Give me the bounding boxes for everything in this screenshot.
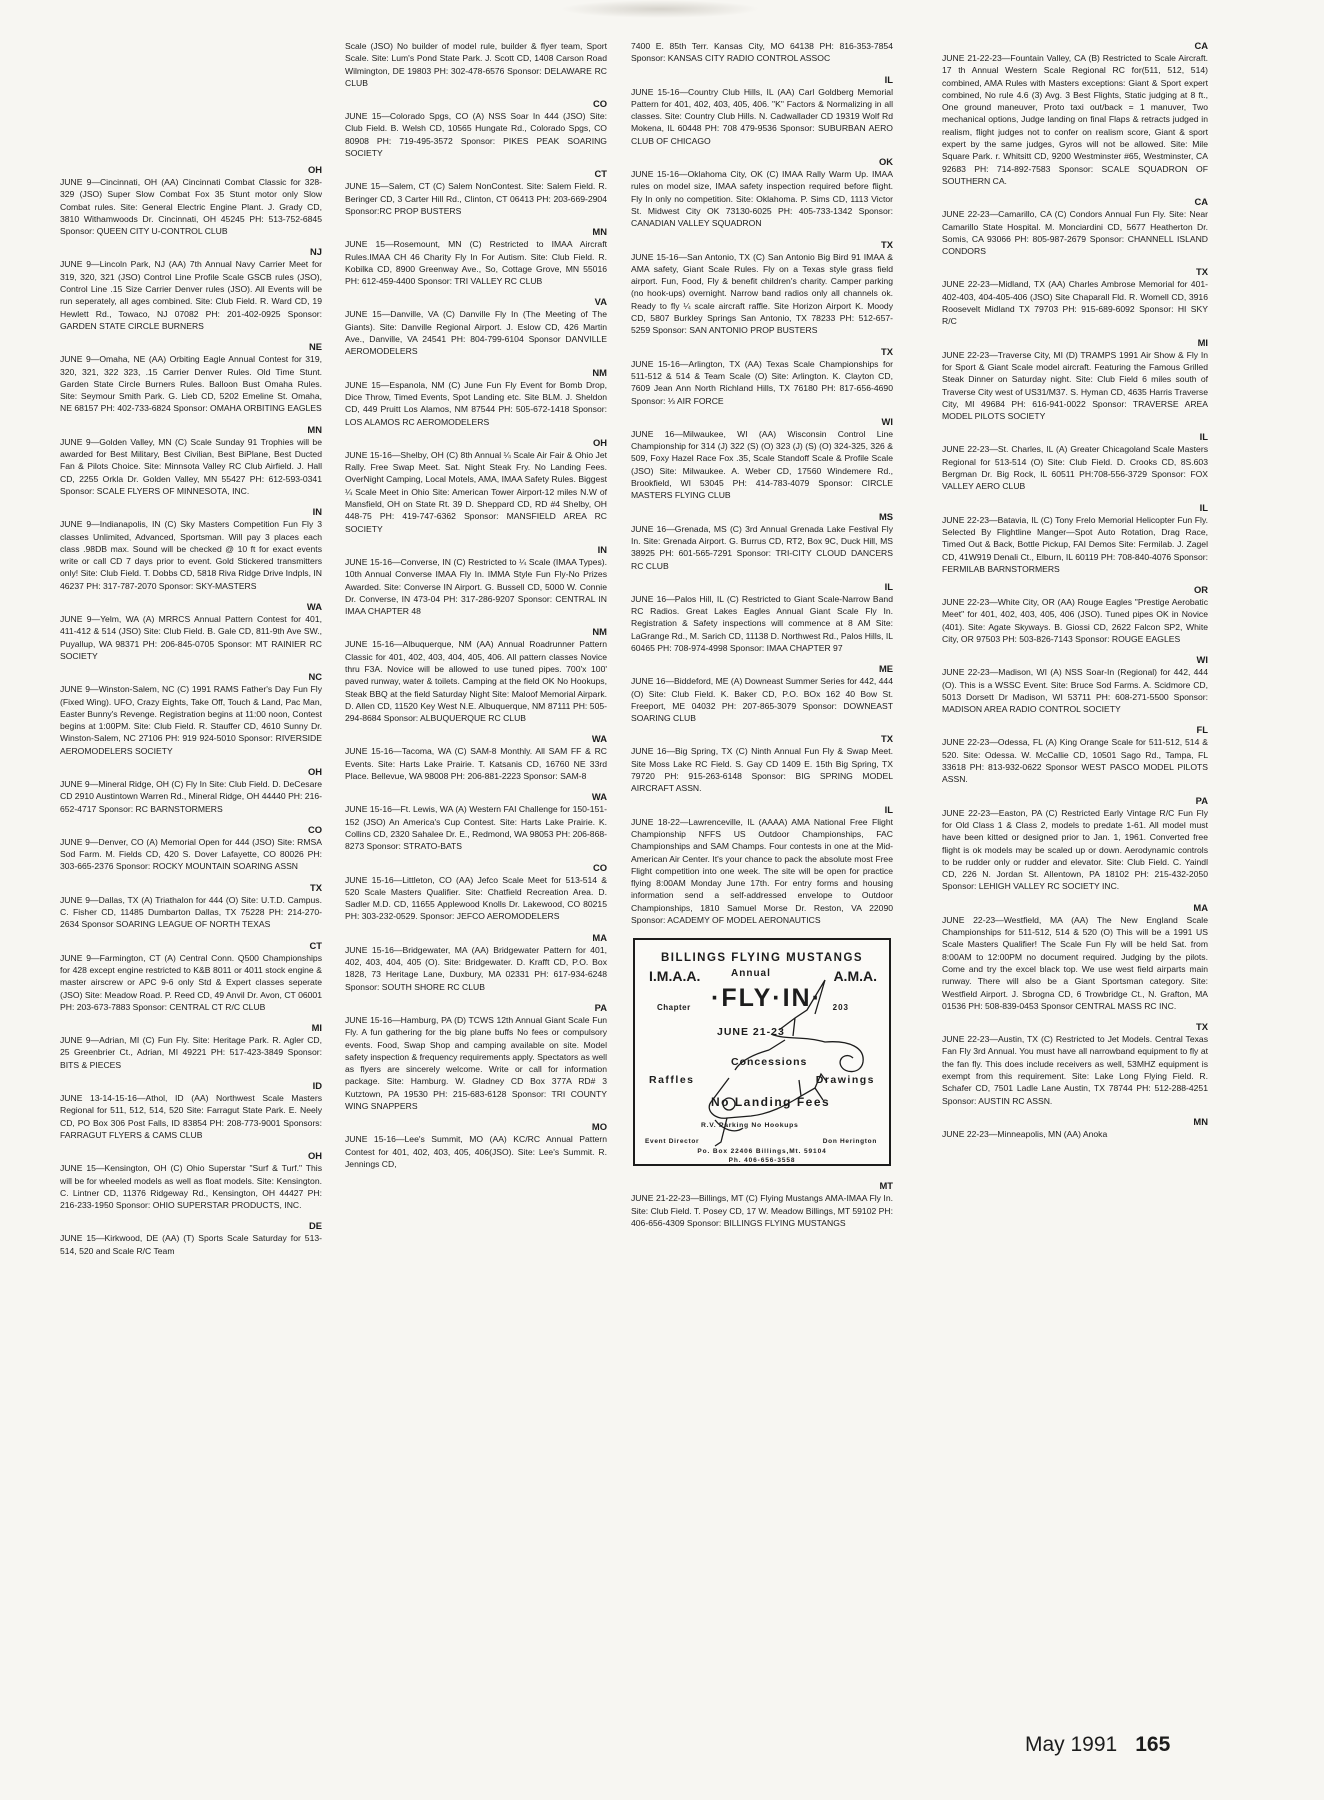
state-code: IN <box>345 544 607 555</box>
listing-entry: OHJUNE 9—Cincinnati, OH (AA) Cincinnati … <box>60 164 322 237</box>
ad-chapter-number: 203 <box>833 1002 849 1014</box>
listing-text: JUNE 22-23—White City, OR (AA) Rouge Eag… <box>942 596 1208 645</box>
listing-entry: MNJUNE 15—Rosemount, MN (C) Restricted t… <box>345 226 607 287</box>
listing-text: JUNE 15—Salem, CT (C) Salem NonContest. … <box>345 180 607 217</box>
state-code: MN <box>942 1116 1208 1127</box>
listing-entry: WAJUNE 9—Yelm, WA (A) MRRCS Annual Patte… <box>60 601 322 662</box>
listing-text: JUNE 9—Cincinnati, OH (AA) Cincinnati Co… <box>60 176 322 237</box>
ad-imaa-label: I.M.A.A. <box>649 970 700 982</box>
listing-text: JUNE 15-16—Littleton, CO (AA) Jefco Scal… <box>345 874 607 923</box>
listing-entry: IDJUNE 13-14-15-16—Athol, ID (AA) Northw… <box>60 1080 322 1141</box>
state-code: OH <box>345 437 607 448</box>
ad-annual-label: Annual <box>731 968 771 980</box>
listing-entry: DEJUNE 15—Kirkwood, DE (AA) (T) Sports S… <box>60 1220 322 1257</box>
listing-text: JUNE 15—Danville, VA (C) Danville Fly In… <box>345 308 607 357</box>
listing-entry: TXJUNE 22-23—Austin, TX (C) Restricted t… <box>942 1021 1208 1107</box>
ad-drawings: Drawings <box>816 1074 875 1086</box>
listing-entry: INJUNE 9—Indianapolis, IN (C) Sky Master… <box>60 506 322 592</box>
listing-entry: FLJUNE 22-23—Odessa, FL (A) King Orange … <box>942 724 1208 785</box>
listing-entry: MNJUNE 9—Golden Valley, MN (C) Scale Sun… <box>60 424 322 497</box>
listing-entry: TXJUNE 15-16—San Antonio, TX (C) San Ant… <box>631 239 893 337</box>
listing-text: JUNE 22-23—Camarillo, CA (C) Condors Ann… <box>942 208 1208 257</box>
ad-rv-parking: R.V. Parking No Hookups <box>701 1120 798 1132</box>
listing-text: JUNE 16—Big Spring, TX (C) Ninth Annual … <box>631 745 893 794</box>
state-code: TX <box>631 239 893 250</box>
page-number: 165 <box>1135 1733 1170 1756</box>
state-code: NC <box>60 671 322 682</box>
state-code: TX <box>631 346 893 357</box>
listing-entry: WIJUNE 16—Milwaukee, WI (AA) Wisconsin C… <box>631 416 893 502</box>
state-code: WA <box>345 733 607 744</box>
listing-text: JUNE 16—Grenada, MS (C) 3rd Annual Grena… <box>631 523 893 572</box>
state-code: IL <box>631 74 893 85</box>
state-code: CT <box>60 940 322 951</box>
state-code: TX <box>942 1021 1208 1032</box>
listing-text: JUNE 22-23—Batavia, IL (C) Tony Frelo Me… <box>942 514 1208 575</box>
listing-entry: NEJUNE 9—Omaha, NE (AA) Orbiting Eagle A… <box>60 341 322 414</box>
ad-title: BILLINGS FLYING MUSTANGS <box>635 952 889 964</box>
ad-concessions: Concessions <box>731 1056 807 1068</box>
state-code: NJ <box>60 246 322 257</box>
column-4: CAJUNE 21-22-23—Fountain Valley, CA (B) … <box>942 40 1208 1149</box>
listing-text: JUNE 15-16—Country Club Hills, IL (AA) C… <box>631 86 893 147</box>
listing-text: JUNE 9—Adrian, MI (C) Fun Fly. Site: Her… <box>60 1034 322 1071</box>
listing-entry: MSJUNE 16—Grenada, MS (C) 3rd Annual Gre… <box>631 511 893 572</box>
listing-text: JUNE 15-16—Oklahoma City, OK (C) IMAA Ra… <box>631 168 893 229</box>
listing-entry: ORJUNE 22-23—White City, OR (AA) Rouge E… <box>942 584 1208 645</box>
listing-text: JUNE 16—Milwaukee, WI (AA) Wisconsin Con… <box>631 428 893 502</box>
listing-text: JUNE 22-23—Traverse City, MI (D) TRAMPS … <box>942 349 1208 423</box>
listing-text: JUNE 21-22-23—Billings, MT (C) Flying Mu… <box>631 1192 893 1229</box>
state-code: WI <box>942 654 1208 665</box>
state-code: DE <box>60 1220 322 1231</box>
listing-entry: ILJUNE 22-23—St. Charles, IL (A) Greater… <box>942 431 1208 492</box>
state-code: MS <box>631 511 893 522</box>
state-code: CT <box>345 168 607 179</box>
state-code: FL <box>942 724 1208 735</box>
listing-entry: MEJUNE 16—Biddeford, ME (A) Downeast Sum… <box>631 663 893 724</box>
ad-phone: Ph. 406-656-3558 <box>635 1155 889 1167</box>
state-code: TX <box>60 882 322 893</box>
listing-entry: MAJUNE 15-16—Bridgewater, MA (AA) Bridge… <box>345 932 607 993</box>
state-code: OH <box>60 766 322 777</box>
listing-text: JUNE 15-16—Tacoma, WA (C) SAM-8 Monthly.… <box>345 745 607 782</box>
listing-text: JUNE 9—Yelm, WA (A) MRRCS Annual Pattern… <box>60 613 322 662</box>
listing-entry: MNJUNE 22-23—Minneapolis, MN (AA) Anoka <box>942 1116 1208 1140</box>
state-code: IL <box>942 431 1208 442</box>
listing-entry: CAJUNE 21-22-23—Fountain Valley, CA (B) … <box>942 40 1208 187</box>
state-code: CO <box>345 862 607 873</box>
listing-entry: ILJUNE 15-16—Country Club Hills, IL (AA)… <box>631 74 893 147</box>
issue-date: May 1991 <box>1025 1733 1117 1756</box>
state-code: MO <box>345 1121 607 1132</box>
state-code: MI <box>942 337 1208 348</box>
listing-text: JUNE 16—Biddeford, ME (A) Downeast Summe… <box>631 675 893 724</box>
listing-text: JUNE 9—Winston-Salem, NC (C) 1991 RAMS F… <box>60 683 322 757</box>
state-code: VA <box>345 296 607 307</box>
state-code: ME <box>631 663 893 674</box>
listing-entry: TXJUNE 22-23—Midland, TX (AA) Charles Am… <box>942 266 1208 327</box>
listing-text: JUNE 13-14-15-16—Athol, ID (AA) Northwes… <box>60 1092 322 1141</box>
listing-text: JUNE 15-16—Shelby, OH (C) 8th Annual ¼ S… <box>345 449 607 535</box>
listing-entry: CTJUNE 9—Farmington, CT (A) Central Conn… <box>60 940 322 1013</box>
listing-text: JUNE 15—Rosemount, MN (C) Restricted to … <box>345 238 607 287</box>
listing-entry: COJUNE 9—Denver, CO (A) Memorial Open fo… <box>60 824 322 873</box>
listing-text: JUNE 9—Golden Valley, MN (C) Scale Sunda… <box>60 436 322 497</box>
listing-entry: CTJUNE 15—Salem, CT (C) Salem NonContest… <box>345 168 607 217</box>
listing-entry: VAJUNE 15—Danville, VA (C) Danville Fly … <box>345 296 607 357</box>
listing-entry: COJUNE 15-16—Littleton, CO (AA) Jefco Sc… <box>345 862 607 923</box>
listing-text: JUNE 15—Kirkwood, DE (AA) (T) Sports Sca… <box>60 1232 322 1257</box>
listing-entry: WAJUNE 15-16—Tacoma, WA (C) SAM-8 Monthl… <box>345 733 607 782</box>
listing-text: JUNE 9—Farmington, CT (A) Central Conn. … <box>60 952 322 1013</box>
listing-entry: MAJUNE 22-23—Westfield, MA (AA) The New … <box>942 902 1208 1012</box>
state-code: OH <box>60 1150 322 1161</box>
listing-entry: OHJUNE 9—Mineral Ridge, OH (C) Fly In Si… <box>60 766 322 815</box>
state-code: ID <box>60 1080 322 1091</box>
continued-listing-text: Scale (JSO) No builder of model rule, bu… <box>345 40 607 89</box>
state-code: MA <box>345 932 607 943</box>
listing-text: JUNE 15-16—Bridgewater, MA (AA) Bridgewa… <box>345 944 607 993</box>
listing-text: JUNE 9—Mineral Ridge, OH (C) Fly In Site… <box>60 778 322 815</box>
listing-text: JUNE 9—Omaha, NE (AA) Orbiting Eagle Ann… <box>60 353 322 414</box>
column-2: Scale (JSO) No builder of model rule, bu… <box>345 40 607 1179</box>
listing-text: JUNE 22-23—Easton, PA (C) Restricted Ear… <box>942 807 1208 893</box>
listing-text: JUNE 9—Lincoln Park, NJ (AA) 7th Annual … <box>60 258 322 332</box>
listing-entry: TXJUNE 9—Dallas, TX (A) Triathalon for 4… <box>60 882 322 931</box>
listing-text: JUNE 15—Kensington, OH (C) Ohio Supersta… <box>60 1162 322 1211</box>
listing-text: JUNE 22-23—Minneapolis, MN (AA) Anoka <box>942 1128 1208 1140</box>
listing-entry: NMJUNE 15-16—Albuquerque, NM (AA) Annual… <box>345 626 607 724</box>
state-code: IN <box>60 506 322 517</box>
listing-text: JUNE 16—Palos Hill, IL (C) Restricted to… <box>631 593 893 654</box>
listing-entry: OHJUNE 15-16—Shelby, OH (C) 8th Annual ¼… <box>345 437 607 535</box>
state-code: WI <box>631 416 893 427</box>
state-code: NM <box>345 626 607 637</box>
listing-text: JUNE 9—Indianapolis, IN (C) Sky Masters … <box>60 518 322 592</box>
listing-text: JUNE 22-23—Austin, TX (C) Restricted to … <box>942 1033 1208 1107</box>
listing-text: JUNE 15—Espanola, NM (C) June Fun Fly Ev… <box>345 379 607 428</box>
state-code: CO <box>345 98 607 109</box>
state-code: NM <box>345 367 607 378</box>
listing-text: JUNE 15-16—Converse, IN (C) Restricted t… <box>345 556 607 617</box>
state-code: MA <box>942 902 1208 913</box>
ad-ama-label: A.M.A. <box>833 970 877 982</box>
state-code: PA <box>942 795 1208 806</box>
listing-text: JUNE 22-23—Midland, TX (AA) Charles Ambr… <box>942 278 1208 327</box>
state-code: IL <box>942 502 1208 513</box>
state-code: CA <box>942 40 1208 51</box>
ad-headline: ·FLY·IN· <box>711 992 822 1004</box>
state-code: WA <box>345 791 607 802</box>
listing-entry: NMJUNE 15—Espanola, NM (C) June Fun Fly … <box>345 367 607 428</box>
listing-entry: TXJUNE 15-16—Arlington, TX (AA) Texas Sc… <box>631 346 893 407</box>
listing-entry: NJJUNE 9—Lincoln Park, NJ (AA) 7th Annua… <box>60 246 322 332</box>
state-code: MT <box>631 1180 893 1191</box>
continued-listing-text: 7400 E. 85th Terr. Kansas City, MO 64138… <box>631 40 893 65</box>
state-code: MI <box>60 1022 322 1033</box>
page-footer: May 1991165 <box>1025 1733 1170 1757</box>
billings-fly-in-advertisement: BILLINGS FLYING MUSTANGS I.M.A.A. Annual… <box>633 938 891 1166</box>
state-code: OR <box>942 584 1208 595</box>
listing-entry: PAJUNE 22-23—Easton, PA (C) Restricted E… <box>942 795 1208 893</box>
listing-entry: OKJUNE 15-16—Oklahoma City, OK (C) IMAA … <box>631 156 893 229</box>
listing-entry: WIJUNE 22-23—Madison, WI (A) NSS Soar-In… <box>942 654 1208 715</box>
ad-dates: JUNE 21-23 <box>717 1026 785 1038</box>
state-code: NE <box>60 341 322 352</box>
state-code: CA <box>942 196 1208 207</box>
listing-entry: PAJUNE 15-16—Hamburg, PA (D) TCWS 12th A… <box>345 1002 607 1112</box>
listing-entry: MTJUNE 21-22-23—Billings, MT (C) Flying … <box>631 1180 893 1229</box>
state-code: OK <box>631 156 893 167</box>
listing-text: JUNE 15-16—Lee's Summit, MO (AA) KC/RC A… <box>345 1133 607 1170</box>
listing-text: JUNE 22-23—St. Charles, IL (A) Greater C… <box>942 443 1208 492</box>
state-code: OH <box>60 164 322 175</box>
listing-text: JUNE 22-23—Odessa, FL (A) King Orange Sc… <box>942 736 1208 785</box>
column-1: OHJUNE 9—Cincinnati, OH (AA) Cincinnati … <box>60 164 322 1266</box>
state-code: IL <box>631 804 893 815</box>
state-code: PA <box>345 1002 607 1013</box>
listing-entry: MOJUNE 15-16—Lee's Summit, MO (AA) KC/RC… <box>345 1121 607 1170</box>
listing-entry: ILJUNE 22-23—Batavia, IL (C) Tony Frelo … <box>942 502 1208 575</box>
listing-text: JUNE 22-23—Madison, WI (A) NSS Soar-In (… <box>942 666 1208 715</box>
listing-entry: ILJUNE 18-22—Lawrenceville, IL (AAAA) AM… <box>631 804 893 927</box>
listing-entry: OHJUNE 15—Kensington, OH (C) Ohio Supers… <box>60 1150 322 1211</box>
state-code: WA <box>60 601 322 612</box>
listing-entry: WAJUNE 15-16—Ft. Lewis, WA (A) Western F… <box>345 791 607 852</box>
listing-entry: MIJUNE 9—Adrian, MI (C) Fun Fly. Site: H… <box>60 1022 322 1071</box>
listing-text: JUNE 15—Colorado Spgs, CO (A) NSS Soar I… <box>345 110 607 159</box>
ad-raffles: Raffles <box>649 1074 695 1086</box>
listing-text: JUNE 9—Dallas, TX (A) Triathalon for 444… <box>60 894 322 931</box>
listing-text: JUNE 9—Denver, CO (A) Memorial Open for … <box>60 836 322 873</box>
listing-text: JUNE 15-16—Ft. Lewis, WA (A) Western FAI… <box>345 803 607 852</box>
page-fold-shadow <box>560 0 760 18</box>
listing-text: JUNE 15-16—San Antonio, TX (C) San Anton… <box>631 251 893 337</box>
state-code: MN <box>60 424 322 435</box>
listing-entry: CAJUNE 22-23—Camarillo, CA (C) Condors A… <box>942 196 1208 257</box>
ad-chapter-label: Chapter <box>657 1002 691 1014</box>
listing-entry: INJUNE 15-16—Converse, IN (C) Restricted… <box>345 544 607 617</box>
state-code: MN <box>345 226 607 237</box>
listing-text: JUNE 15-16—Hamburg, PA (D) TCWS 12th Ann… <box>345 1014 607 1112</box>
listing-text: JUNE 18-22—Lawrenceville, IL (AAAA) AMA … <box>631 816 893 927</box>
state-code: TX <box>631 733 893 744</box>
ad-landing-fees: No Landing Fees <box>711 1096 830 1108</box>
listing-text: JUNE 15-16—Albuquerque, NM (AA) Annual R… <box>345 638 607 724</box>
state-code: IL <box>631 581 893 592</box>
listing-text: JUNE 22-23—Westfield, MA (AA) The New En… <box>942 914 1208 1012</box>
listing-entry: MIJUNE 22-23—Traverse City, MI (D) TRAMP… <box>942 337 1208 423</box>
listing-entry: ILJUNE 16—Palos Hill, IL (C) Restricted … <box>631 581 893 654</box>
state-code: CO <box>60 824 322 835</box>
state-code: TX <box>942 266 1208 277</box>
column-3: 7400 E. 85th Terr. Kansas City, MO 64138… <box>631 40 893 1238</box>
listing-text: JUNE 15-16—Arlington, TX (AA) Texas Scal… <box>631 358 893 407</box>
listing-text: JUNE 21-22-23—Fountain Valley, CA (B) Re… <box>942 52 1208 187</box>
listing-entry: TXJUNE 16—Big Spring, TX (C) Ninth Annua… <box>631 733 893 794</box>
listing-entry: COJUNE 15—Colorado Spgs, CO (A) NSS Soar… <box>345 98 607 159</box>
listing-entry: NCJUNE 9—Winston-Salem, NC (C) 1991 RAMS… <box>60 671 322 757</box>
